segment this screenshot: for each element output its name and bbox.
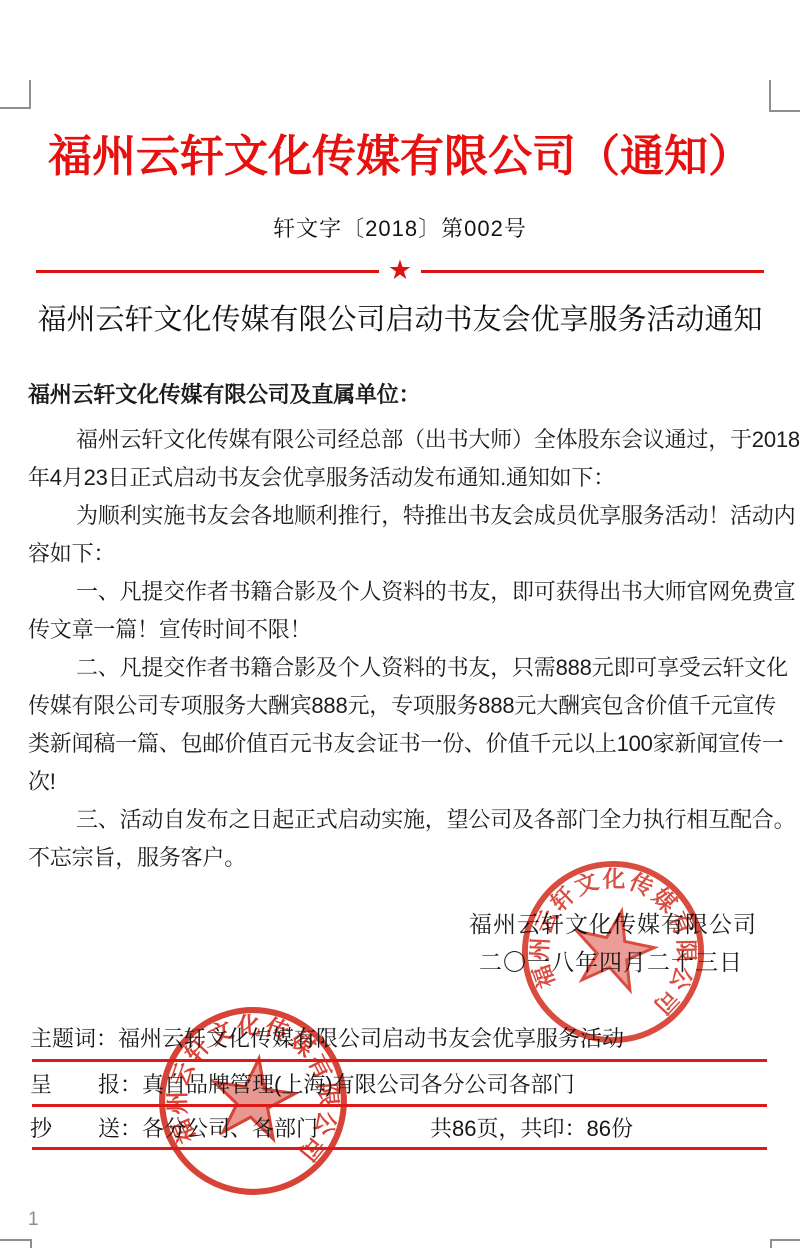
notice-body: 福州云轩文化传媒有限公司及直属单位： 福州云轩文化传媒有限公司经总部（出书大师）…: [28, 376, 776, 877]
crop-mark-top-left-icon: [0, 80, 31, 109]
body-line: 类新闻稿一篇、包邮价值百元书友会证书一份、价值千元以上100家新闻宣传一: [28, 725, 776, 763]
crop-mark-bottom-left-icon: [0, 1239, 32, 1248]
subject-value: 福州云轩文化传媒有限公司启动书友会优享服务活动: [118, 1026, 624, 1051]
copy-label: 抄: [30, 1116, 52, 1141]
footer-copy-row: 抄送：各分公司、各部门共86页，共印：86份: [30, 1112, 633, 1143]
copy-value: 各分公司、各部门: [142, 1116, 318, 1141]
header-separator: ★: [36, 258, 764, 284]
footer-report-row: 呈报：真自品牌管理(上海)有限公司各分公司各部门: [30, 1068, 575, 1099]
footer-rule: [32, 1147, 767, 1150]
print-count: 共86页，共印：86份: [430, 1112, 633, 1143]
body-line: 传媒有限公司专项服务大酬宾888元，专项服务888元大酬宾包含价值千元宣传: [28, 687, 776, 725]
body-line: 年4月23日正式启动书友会优享服务活动发布通知.通知如下：: [28, 459, 776, 497]
separator-rule-left: [36, 270, 379, 273]
seal-star-icon: [567, 903, 660, 993]
crop-mark-bottom-right-icon: [770, 1239, 800, 1248]
letterhead-title: 福州云轩文化传媒有限公司（通知）: [0, 120, 800, 184]
footer-subject-row: 主题词：福州云轩文化传媒有限公司启动书友会优享服务活动: [30, 1022, 624, 1053]
document-number: 轩文字〔2018〕第002号: [0, 212, 800, 243]
body-line: 次!: [28, 763, 776, 801]
body-line: 福州云轩文化传媒有限公司经总部（出书大师）全体股东会议通过，于2018: [28, 421, 776, 459]
body-line: 容如下：: [28, 535, 776, 573]
body-line: 二、凡提交作者书籍合影及个人资料的书友，只需888元即可享受云轩文化: [28, 649, 776, 687]
body-line: 三、活动自发布之日起正式启动实施，望公司及各部门全力执行相互配合。: [28, 801, 776, 839]
report-label-2: 报：: [98, 1072, 142, 1097]
notice-subject-title: 福州云轩文化传媒有限公司启动书友会优享服务活动通知: [0, 297, 800, 338]
report-value: 真自品牌管理(上海)有限公司各分公司各部门: [142, 1072, 575, 1097]
body-line: 一、凡提交作者书籍合影及个人资料的书友，即可获得出书大师官网免费宣: [28, 573, 776, 611]
footer-rule: [32, 1059, 767, 1062]
report-label: 呈: [30, 1072, 52, 1097]
salutation: 福州云轩文化传媒有限公司及直属单位：: [28, 376, 776, 414]
page-number: 1: [28, 1209, 39, 1231]
body-line: 传文章一篇！宣传时间不限！: [28, 611, 776, 649]
notice-document-page: 福州云轩文化传媒有限公司（通知） 轩文字〔2018〕第002号 ★ 福州云轩文化…: [0, 0, 800, 1248]
footer-rule: [32, 1104, 767, 1107]
copy-label-2: 送：: [98, 1116, 142, 1141]
body-line: 为顺利实施书友会各地顺利推行，特推出书友会成员优享服务活动！活动内: [28, 497, 776, 535]
separator-rule-right: [421, 270, 764, 273]
star-icon: ★: [388, 257, 412, 284]
subject-label: 主题词：: [30, 1026, 118, 1051]
crop-mark-top-right-icon: [769, 80, 800, 112]
